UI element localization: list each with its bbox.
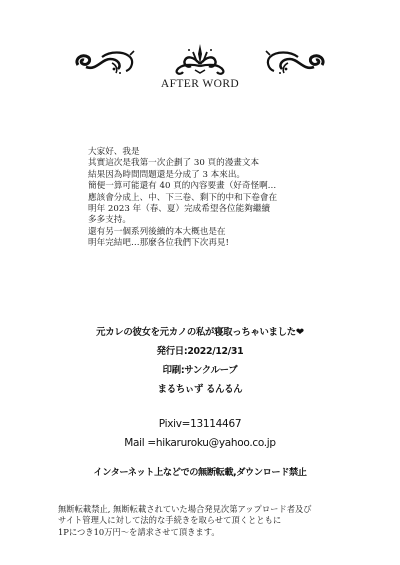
scroll-flourish-left-icon [72, 47, 138, 77]
afterword-line: 結果因為時間問題還是分成了 3 本來出。 [88, 170, 378, 181]
printer: 印刷:サンクルーブ [0, 361, 400, 380]
notice-line: 無断転載禁止, 無断転載されていた場合発見次第アップロード者及び [58, 504, 388, 515]
colophon: 元カレの彼女を元カノの私が寝取っちゃいました❤ 発行日:2022/12/31 印… [0, 323, 400, 399]
afterword-line: 簡便一算可能還有 40 頁的內容要畫（好奇怪啊… [88, 181, 378, 192]
afterword-text: 大家好、我是 其實這次是我第一次企劃了 30 頁的漫畫文本 結果因為時間問題還是… [88, 147, 378, 250]
book-title: 元カレの彼女を元カノの私が寝取っちゃいました [96, 327, 296, 338]
afterword-line: 多多支持。 [88, 215, 378, 226]
notice-line: 1Pにつき10万円〜を請求させて頂きます。 [58, 527, 388, 538]
afterword-line: 明年完結吧…那麼各位我們下次再見! [88, 238, 378, 249]
mail-address: Mail =hikaruroku@yahoo.co.jp [0, 434, 400, 453]
afterword-line: 大家好、我是 [88, 147, 378, 158]
legal-notice: 無断転載禁止, 無断転載されていた場合発見次第アップロード者及び サイト管理人に… [58, 504, 388, 538]
page-title: AFTER WORD [0, 78, 400, 90]
circle-author: まるちぃず るんるん [0, 380, 400, 399]
heart-icon: ❤ [296, 327, 304, 338]
book-title-line: 元カレの彼女を元カノの私が寝取っちゃいました❤ [0, 323, 400, 342]
publish-date: 発行日:2022/12/31 [0, 342, 400, 361]
afterword-line: 明年 2023 年（春、夏）完成希望各位能夠繼續 [88, 204, 378, 215]
scroll-flourish-right-icon [262, 47, 328, 77]
afterword-line: 應該會分成上、中、下三卷、剩下的中和下卷會在 [88, 193, 378, 204]
afterword-line: 其實這次是我第一次企劃了 30 頁的漫畫文本 [88, 158, 378, 169]
pixiv-id: Pixiv=13114467 [0, 415, 400, 434]
reprint-prohibition-banner: インターネット上などでの無断転載,ダウンロード禁止 [0, 464, 400, 478]
afterword-line: 還有另一個系列後續的本大概也是在 [88, 227, 378, 238]
contact-info: Pixiv=13114467 Mail =hikaruroku@yahoo.co… [0, 415, 400, 453]
fleur-crown-icon [173, 42, 227, 76]
notice-line: サイト管理人に対して法的な手続きを取らせて頂くとともに [58, 515, 388, 526]
